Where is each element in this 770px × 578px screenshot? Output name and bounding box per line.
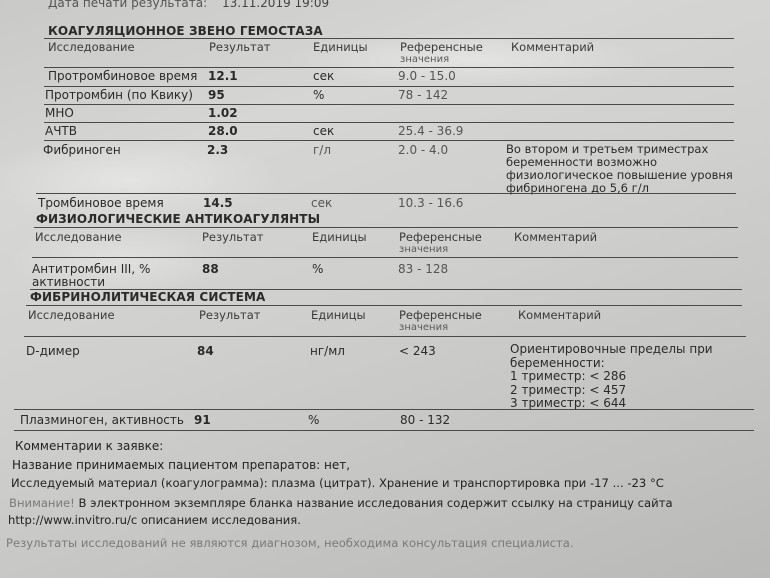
divider — [44, 38, 734, 39]
attention-label: Внимание! — [9, 496, 75, 510]
col-header-units: Единицы — [311, 308, 366, 322]
divider — [44, 86, 734, 87]
col-header-comment: Комментарий — [511, 40, 594, 54]
divider — [36, 193, 736, 194]
col-header-reference: Референсные — [399, 308, 482, 322]
test-result: 1.02 — [208, 106, 238, 120]
col-header-comment: Комментарий — [518, 308, 601, 322]
test-reference: 9.0 - 15.0 — [398, 69, 456, 83]
test-reference: 10.3 - 16.6 — [398, 196, 463, 210]
test-reference: 2.0 - 4.0 — [398, 143, 448, 157]
divider — [26, 305, 742, 306]
col-header-units: Единицы — [313, 40, 368, 54]
divider — [44, 122, 734, 123]
attention-notice: Внимание! В электронном экземпляре бланк… — [9, 496, 673, 510]
col-header-result: Результат — [202, 230, 264, 244]
col-header-test: Исследование — [48, 40, 135, 54]
test-result: 14.5 — [203, 196, 233, 210]
test-reference: < 243 — [399, 344, 436, 358]
test-name-2: активности — [32, 275, 105, 289]
col-header-reference-2: значения — [399, 322, 448, 333]
attention-link[interactable]: http://www.invitro.ru/c описанием исслед… — [8, 513, 301, 527]
divider — [34, 227, 738, 228]
section-title-anticoagulants: ФИЗИОЛОГИЧЕСКИЕ АНТИКОАГУЛЯНТЫ — [36, 212, 320, 226]
test-units: сек — [311, 196, 332, 210]
divider — [44, 140, 734, 141]
col-header-test: Исследование — [28, 308, 115, 322]
test-result: 95 — [208, 88, 225, 102]
divider — [14, 430, 754, 431]
col-header-comment: Комментарий — [514, 230, 597, 244]
divider — [14, 409, 754, 410]
test-reference: 80 - 132 — [400, 413, 450, 427]
comment-line: 1 триместр: < 286 — [510, 370, 713, 384]
test-name: Антитромбин III, % — [32, 262, 150, 276]
test-name: D-димер — [26, 344, 80, 358]
test-comment: Ориентировочные пределы при беременности… — [510, 343, 713, 411]
print-date-label: Дата печати результата: — [48, 0, 207, 10]
col-header-units: Единицы — [312, 230, 367, 244]
test-name: Тромбиновое время — [38, 196, 164, 210]
test-result: 88 — [202, 262, 219, 276]
divider — [24, 336, 746, 337]
drugs-info: Название принимаемых пациентом препарато… — [12, 458, 350, 472]
test-comment: Во втором и третьем триместрах беременно… — [506, 143, 736, 195]
test-name: Фибриноген — [43, 143, 121, 157]
section-title-fibrinolytic: ФИБРИНОЛИТИЧЕСКАЯ СИСТЕМА — [30, 290, 265, 304]
divider — [44, 104, 734, 105]
test-name: Плазминоген, активность — [20, 413, 184, 427]
col-header-result: Результат — [199, 308, 261, 322]
test-name: МНО — [45, 106, 74, 120]
test-units: сек — [313, 69, 334, 83]
comment-line: беременности: — [510, 357, 713, 371]
test-units: г/л — [313, 143, 331, 157]
col-header-reference-2: значения — [399, 244, 448, 255]
divider — [44, 67, 734, 68]
test-result: 28.0 — [208, 124, 238, 138]
col-header-reference-2: значения — [400, 54, 449, 65]
comments-label: Комментарии к заявке: — [15, 439, 163, 453]
comment-line: 2 триместр: < 457 — [510, 384, 713, 398]
test-result: 91 — [194, 413, 211, 427]
test-name: Протромбиновое время — [48, 69, 197, 83]
test-result: 84 — [197, 344, 214, 358]
test-name: Протромбин (по Квику) — [45, 88, 193, 102]
col-header-test: Исследование — [35, 230, 122, 244]
section-title-coagulation: КОАГУЛЯЦИОННОЕ ЗВЕНО ГЕМОСТАЗА — [48, 24, 323, 38]
test-result: 12.1 — [208, 69, 238, 83]
test-name: АЧТВ — [45, 124, 77, 138]
col-header-reference: Референсные — [399, 230, 482, 244]
material-info: Исследуемый материал (коагулограмма): пл… — [11, 476, 664, 490]
test-reference: 25.4 - 36.9 — [398, 124, 463, 138]
print-date-value: 13.11.2019 19:09 — [222, 0, 329, 10]
col-header-result: Результат — [209, 40, 271, 54]
test-units: нг/мл — [310, 344, 345, 358]
test-reference: 78 - 142 — [398, 88, 448, 102]
test-units: % — [313, 88, 324, 102]
attention-text: В электронном экземпляре бланка название… — [75, 496, 673, 510]
col-header-reference: Референсные — [400, 40, 483, 54]
divider — [32, 257, 738, 258]
test-reference: 83 - 128 — [398, 262, 448, 276]
test-result: 2.3 — [207, 143, 228, 157]
comment-line: Ориентировочные пределы при — [510, 343, 713, 357]
test-units: сек — [313, 124, 334, 138]
test-units: % — [312, 262, 323, 276]
disclaimer: Результаты исследований не являются диаг… — [6, 536, 574, 550]
test-units: % — [308, 413, 319, 427]
